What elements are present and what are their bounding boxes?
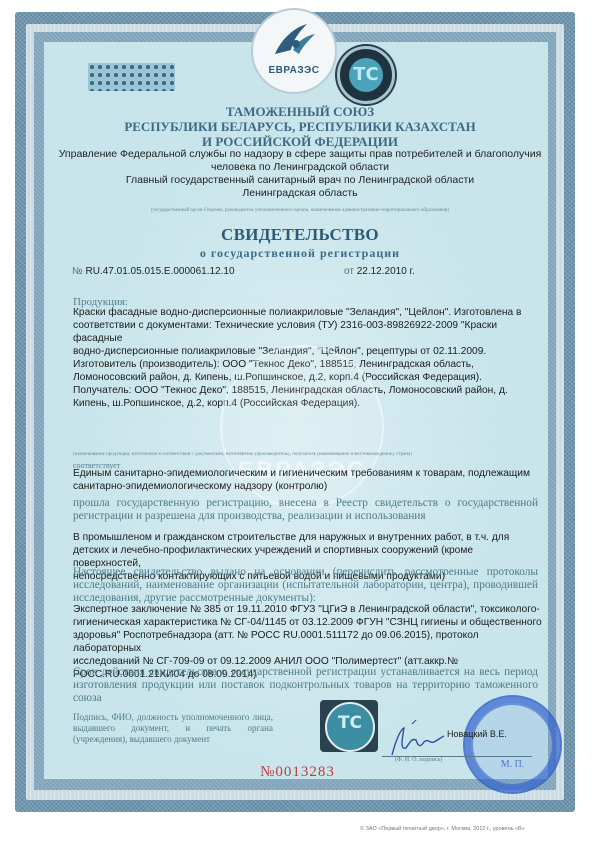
certificate-date: от 22.12.2010 г. <box>344 266 494 277</box>
authority-line: Управление Федеральной службы по надзору… <box>50 148 550 161</box>
authority-caption: (государственный орган Стороны, руководи… <box>60 208 540 213</box>
security-hologram-strip <box>88 63 175 91</box>
number-symbol: № <box>72 266 83 277</box>
hologram-ts-bottom: ТС <box>320 700 378 752</box>
signature-scribble-icon <box>382 720 452 760</box>
compliance-line: Единым санитарно-эпидемиологическим и ги… <box>73 467 543 480</box>
product-line: соответствии с документами: Технические … <box>73 319 543 345</box>
basis-line: здоровья" Роспотребнадзора (атт. № РОСС … <box>73 629 543 655</box>
product-line: Краски фасадные водно-дисперсионные поли… <box>73 306 543 319</box>
authority-block: Управление Федеральной службы по надзору… <box>50 148 550 200</box>
certificate-number-value: RU.47.01.05.015.Е.000061.12.10 <box>86 266 235 277</box>
signature-caption: (Ф. И. О. подпись) <box>395 757 442 763</box>
product-caption: (наименование продукции, изготовлена в с… <box>73 452 543 457</box>
certificate-date-value: 22.12.2010 г. <box>357 266 415 277</box>
document-title: СВИДЕТЕЛЬСТВО <box>60 225 540 245</box>
hologram-ts-icon: ТС <box>325 702 375 752</box>
printer-imprint: © ЗАО «Первый печатный двор», г. Москва,… <box>360 826 525 832</box>
usage-line: В промышленом и гражданском строительств… <box>73 531 543 544</box>
signature-label: Подпись, ФИО, должность уполномоченного … <box>73 712 273 745</box>
basis-line: гигиеническая характеристика № СГ-04/114… <box>73 616 543 629</box>
eurasec-emblem-icon <box>271 20 317 60</box>
registration-statement: прошла государственную регистрацию, внес… <box>73 497 538 523</box>
document-subtitle: о государственной регистрации <box>60 246 540 261</box>
authority-line: Ленинградская область <box>50 187 550 200</box>
validity-statement: Срок действия свидетельства о государств… <box>73 666 538 705</box>
compliance-line: санитарно-эпидемиологическому надзору (к… <box>73 480 543 493</box>
union-title-line-1: ТАМОЖЕННЫЙ СОЮЗ <box>60 104 540 120</box>
basis-label: Настоящее свидетельство выдано на основа… <box>73 566 538 605</box>
serial-number: №0013283 <box>0 764 595 781</box>
basis-line: Экспертное заключение № 385 от 19.11.201… <box>73 603 543 616</box>
hologram-ts-top: ТС <box>337 46 395 104</box>
hologram-ts-icon: ТС <box>349 58 383 92</box>
compliance-text: Единым санитарно-эпидемиологическим и ги… <box>73 467 543 493</box>
authority-line: Главный государственный санитарный врач … <box>50 174 550 187</box>
eurasec-emblem: ЕВРАЗЭС <box>251 8 337 94</box>
emblem-text: ЕВРАЗЭС <box>253 65 335 76</box>
signer-name: Новацкий В.Е. <box>447 729 507 739</box>
union-title-line-2: РЕСПУБЛИКИ БЕЛАРУСЬ, РЕСПУБЛИКИ КАЗАХСТА… <box>60 119 540 135</box>
date-prefix: от <box>344 266 354 277</box>
authority-line: человека по Ленинградской области <box>50 161 550 174</box>
